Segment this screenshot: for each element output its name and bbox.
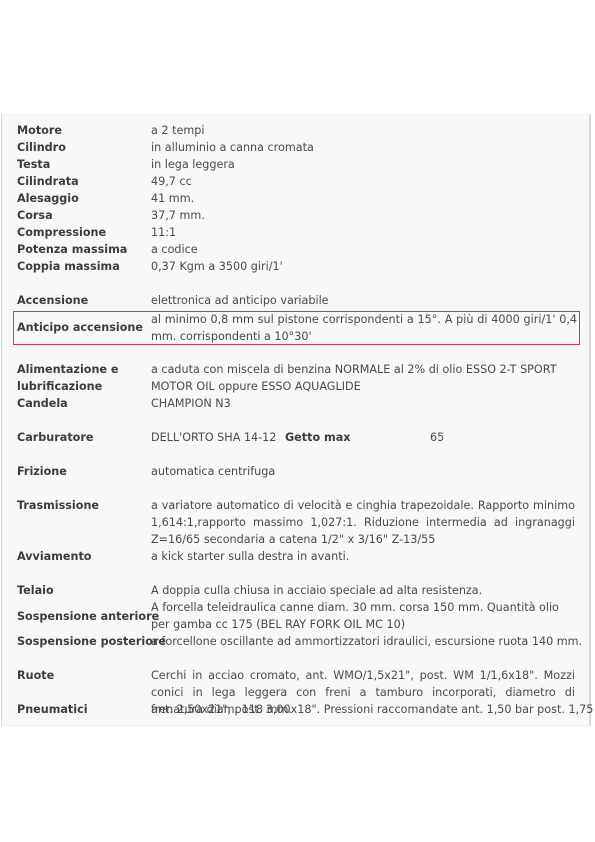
- spec-value: a kick starter sulla destra in avanti.: [151, 548, 575, 565]
- spec-label: Compressione: [17, 224, 106, 241]
- spec-value: al minimo 0,8 mm sul pistone corrisponde…: [151, 311, 577, 345]
- spec-label: Potenza massima: [17, 241, 127, 258]
- spec-value: 11:1: [151, 224, 575, 241]
- spec-label: Sospensione posteriore: [17, 633, 166, 650]
- spec-value: a variatore automatico di velocità e cin…: [151, 497, 575, 548]
- spec-label: Coppia massima: [17, 258, 120, 275]
- spec-label: Testa: [17, 156, 50, 173]
- spec-value: a 2 tempi: [151, 122, 575, 139]
- spec-label: Anticipo accensione: [17, 319, 143, 336]
- spec-value: CHAMPION N3: [151, 395, 575, 412]
- spec-label: Sospensione anteriore: [17, 608, 159, 625]
- spec-value: in lega leggera: [151, 156, 575, 173]
- spec-value: ant. 2,50x21", post. 3,00x18". Pressioni…: [151, 701, 575, 718]
- spec-label: Alimentazione e: [17, 361, 119, 378]
- spec-label: Accensione: [17, 292, 88, 309]
- spec-label: Carburatore: [17, 429, 93, 446]
- spec-row-anticipo-accensione: Anticipo accensione al minimo 0,8 mm sul…: [17, 311, 577, 345]
- spec-label: Motore: [17, 122, 62, 139]
- spec-value: A forcella teleidraulica canne diam. 30 …: [151, 599, 575, 633]
- spec-label: Avviamento: [17, 548, 91, 565]
- spec-value: automatica centrifuga: [151, 463, 575, 480]
- spec-value: A doppia culla chiusa in acciaio special…: [151, 582, 575, 599]
- spec-label: Cilindrata: [17, 173, 79, 190]
- spec-label: Alesaggio: [17, 190, 79, 207]
- spec-value: 37,7 mm.: [151, 207, 575, 224]
- spec-label: Telaio: [17, 582, 54, 599]
- spec-label: Pneumatici: [17, 701, 88, 718]
- spec-label: Candela: [17, 395, 68, 412]
- getto-max-label: Getto max: [285, 429, 350, 446]
- spec-value: a caduta con miscela di benzina NORMALE …: [151, 361, 575, 395]
- spec-label: Corsa: [17, 207, 53, 224]
- spec-value: 41 mm.: [151, 190, 575, 207]
- spec-label: Ruote: [17, 667, 54, 684]
- spec-value: a forcellone oscillante ad ammortizzator…: [151, 633, 575, 650]
- spec-value: elettronica ad anticipo variabile: [151, 292, 575, 309]
- spec-label: Frizione: [17, 463, 67, 480]
- spec-value: in alluminio a canna cromata: [151, 139, 575, 156]
- spec-value: DELL'ORTO SHA 14-12: [151, 429, 575, 446]
- getto-max-value: 65: [430, 429, 444, 446]
- spec-label: lubrificazione: [17, 378, 102, 395]
- spec-label: Trasmissione: [17, 497, 99, 514]
- spec-value: a codice: [151, 241, 575, 258]
- spec-value: 49,7 cc: [151, 173, 575, 190]
- spec-label: Cilindro: [17, 139, 66, 156]
- spec-value: 0,37 Kgm a 3500 giri/1': [151, 258, 575, 275]
